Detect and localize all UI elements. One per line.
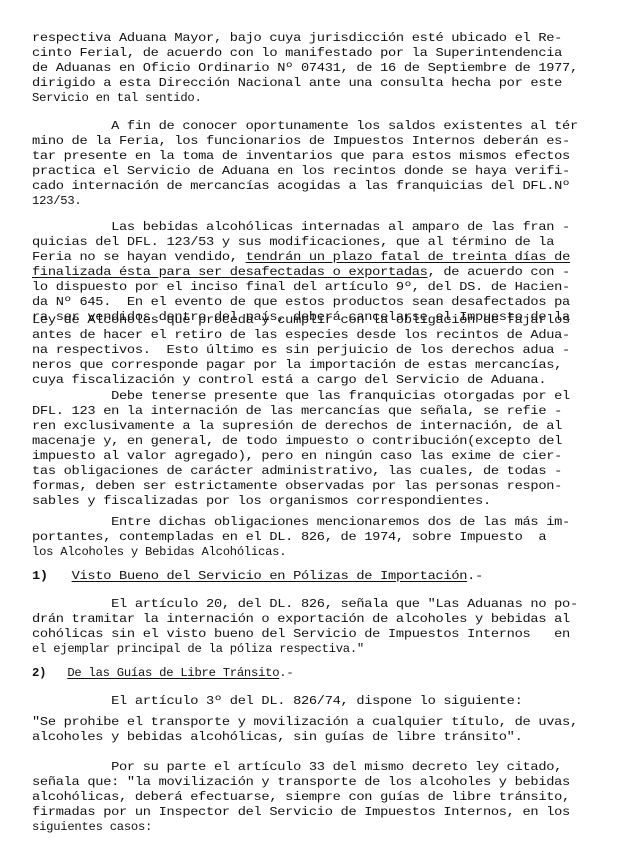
heading-suffix: .- [467, 569, 483, 583]
text-line: Por su parte el artículo 33 del mismo de… [32, 760, 562, 775]
text-line: Debe tenerse presente que las franquicia… [32, 389, 570, 404]
text-line: impuesto al valor agregado), pero en nin… [32, 449, 562, 464]
text-line: sables y fiscalizadas por los organismos… [32, 494, 491, 509]
text-line: quicias del DFL. 123/53 y sus modificaci… [32, 235, 554, 250]
scanned-document-page: respectiva Aduana Mayor, bajo cuya juris… [0, 0, 630, 847]
text-line: siguientes casos: [32, 820, 152, 835]
section-number: 1) [32, 569, 48, 583]
heading-suffix: .- [279, 666, 293, 680]
text-line: cuya fiscalización y control está a carg… [32, 373, 546, 388]
text-line: cinto Ferial, de acuerdo con lo manifest… [32, 46, 562, 61]
text-line: ren exclusivamente a la supresión de der… [32, 419, 562, 434]
text-segment: Feria no se hayan vendido, [32, 250, 246, 264]
section-number: 2) [32, 666, 46, 680]
text-line: tas obligaciones de carácter administrat… [32, 464, 562, 479]
text-line: lo dispuesto por el inciso final del art… [32, 280, 570, 295]
text-line-with-underline: Feria no se hayan vendido, tendrán un pl… [32, 250, 570, 265]
text-line: los Alcoholes y Bebidas Alcohólicas. [32, 545, 286, 560]
text-line: de Aduanas en Oficio Ordinario Nº 07431,… [32, 61, 578, 76]
text-line: neros que corresponde pagar por la impor… [32, 358, 562, 373]
text-line: el ejemplar principal de la póliza respe… [32, 642, 364, 657]
underlined-emphasis: finalizada ésta para ser desafectadas o … [32, 265, 428, 279]
text-line: macenaje y, en general, de todo impuesto… [32, 434, 562, 449]
text-line: tar presente en la toma de inventarios q… [32, 149, 570, 164]
section-heading: 1) Visto Bueno del Servicio en Pólizas d… [32, 569, 483, 584]
text-line: drán tramitar la internación o exportaci… [32, 612, 570, 627]
section-title: De las Guías de Libre Tránsito [67, 666, 279, 680]
text-line: señala que: "la movilización y transport… [32, 775, 570, 790]
text-line: A fin de conocer oportunamente los saldo… [32, 119, 578, 134]
quote-line: alcoholes y bebidas alcohólicas, sin guí… [32, 730, 523, 745]
section-title: Visto Bueno del Servicio en Pólizas de I… [72, 569, 468, 583]
text-line: alcohólicas, deberá efectuarse, siempre … [32, 790, 570, 805]
text-segment: , de acuerdo con - [428, 265, 570, 279]
text-line: cado internación de mercancías acogidas … [32, 179, 570, 194]
text-line: 123/53. [32, 194, 81, 209]
text-line: practica el Servicio de Aduana en los re… [32, 164, 570, 179]
text-line: DFL. 123 en la internación de las mercan… [32, 404, 562, 419]
quote-line: "Se prohibe el transporte y movilización… [32, 715, 578, 730]
text-line: mino de la Feria, los funcionarios de Im… [32, 134, 570, 149]
text-line: Servicio en tal sentido. [32, 91, 202, 106]
text-line-with-underline: finalizada ésta para ser desafectadas o … [32, 265, 570, 280]
text-line: El artículo 20, del DL. 826, señala que … [32, 597, 578, 612]
text-line: respectiva Aduana Mayor, bajo cuya juris… [32, 31, 562, 46]
section-heading: 2) De las Guías de Libre Tránsito.- [32, 666, 293, 681]
underlined-emphasis: tendrán un plazo fatal de treinta días d… [246, 250, 570, 264]
text-line: na respectivos. Esto último es sin perju… [32, 343, 570, 358]
text-line: Entre dichas obligaciones mencionaremos … [32, 515, 570, 530]
text-line: Ley de Alcoholes que proceda y cumplir c… [32, 313, 570, 328]
text-line: Las bebidas alcohólicas internadas al am… [32, 220, 570, 235]
text-line: dirigido a esta Dirección Nacional ante … [32, 76, 562, 91]
text-line: portantes, contempladas en el DL. 826, d… [32, 530, 546, 545]
text-line: da Nº 645. En el evento de que estos pro… [32, 295, 570, 310]
text-line: formas, deben ser estrictamente observad… [32, 479, 562, 494]
text-line: antes de hacer el retiro de las especies… [32, 328, 570, 343]
text-line: firmadas por un Inspector del Servicio d… [32, 805, 570, 820]
text-line: El artículo 3º del DL. 826/74, dispone l… [32, 694, 523, 709]
text-line: cohólicas sin el visto bueno del Servici… [32, 627, 570, 642]
